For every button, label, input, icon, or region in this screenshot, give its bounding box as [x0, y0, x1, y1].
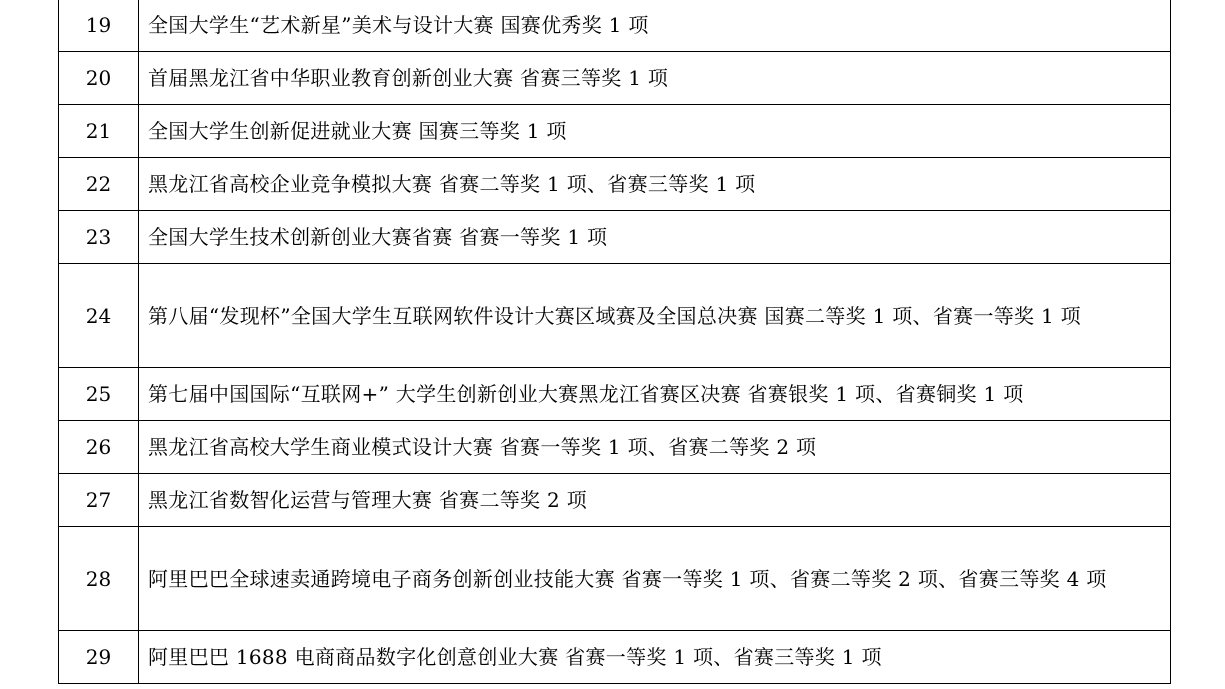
awards-table: 19 全国大学生“艺术新星”美术与设计大赛 国赛优秀奖 1 项 20 首届黑龙江…: [58, 0, 1171, 684]
row-number: 27: [59, 474, 139, 527]
table-row: 23 全国大学生技术创新创业大赛省赛 省赛一等奖 1 项: [59, 211, 1171, 264]
row-description-text: 阿里巴巴全球速卖通跨境电子商务创新创业技能大赛 省赛一等奖 1 项、省赛二等奖 …: [148, 567, 1107, 591]
row-number: 23: [59, 211, 139, 264]
row-number: 19: [59, 0, 139, 52]
row-description-text: 第八届“发现杯”全国大学生互联网软件设计大赛区域赛及全国总决赛 国赛二等奖 1 …: [148, 304, 1081, 328]
row-description: 黑龙江省数智化运营与管理大赛 省赛二等奖 2 项: [139, 474, 1171, 527]
row-description: 阿里巴巴 1688 电商商品数字化创意创业大赛 省赛一等奖 1 项、省赛三等奖 …: [139, 631, 1171, 684]
row-number: 29: [59, 631, 139, 684]
table-row: 27 黑龙江省数智化运营与管理大赛 省赛二等奖 2 项: [59, 474, 1171, 527]
table-row: 19 全国大学生“艺术新星”美术与设计大赛 国赛优秀奖 1 项: [59, 0, 1171, 52]
row-description-text: 全国大学生创新促进就业大赛 国赛三等奖 1 项: [148, 119, 567, 143]
row-description-text: 黑龙江省高校大学生商业模式设计大赛 省赛一等奖 1 项、省赛二等奖 2 项: [148, 435, 816, 459]
row-description-text: 黑龙江省高校企业竞争模拟大赛 省赛二等奖 1 项、省赛三等奖 1 项: [148, 172, 755, 196]
row-description: 全国大学生“艺术新星”美术与设计大赛 国赛优秀奖 1 项: [139, 0, 1171, 52]
row-description: 黑龙江省高校大学生商业模式设计大赛 省赛一等奖 1 项、省赛二等奖 2 项: [139, 421, 1171, 474]
table-row: 20 首届黑龙江省中华职业教育创新创业大赛 省赛三等奖 1 项: [59, 52, 1171, 105]
row-description-text: 黑龙江省数智化运营与管理大赛 省赛二等奖 2 项: [148, 488, 587, 512]
row-number: 22: [59, 158, 139, 211]
row-description: 第七届中国国际“互联网+” 大学生创新创业大赛黑龙江省赛区决赛 省赛银奖 1 项…: [139, 368, 1171, 421]
row-description-text: 阿里巴巴 1688 电商商品数字化创意创业大赛 省赛一等奖 1 项、省赛三等奖 …: [148, 645, 882, 669]
row-number: 20: [59, 52, 139, 105]
row-description: 全国大学生创新促进就业大赛 国赛三等奖 1 项: [139, 105, 1171, 158]
table-row: 29 阿里巴巴 1688 电商商品数字化创意创业大赛 省赛一等奖 1 项、省赛三…: [59, 631, 1171, 684]
table-row: 25 第七届中国国际“互联网+” 大学生创新创业大赛黑龙江省赛区决赛 省赛银奖 …: [59, 368, 1171, 421]
row-description: 阿里巴巴全球速卖通跨境电子商务创新创业技能大赛 省赛一等奖 1 项、省赛二等奖 …: [139, 527, 1171, 631]
row-description-text: 全国大学生“艺术新星”美术与设计大赛 国赛优秀奖 1 项: [148, 13, 649, 37]
row-description-text: 首届黑龙江省中华职业教育创新创业大赛 省赛三等奖 1 项: [148, 66, 668, 90]
row-number: 24: [59, 264, 139, 368]
row-description: 第八届“发现杯”全国大学生互联网软件设计大赛区域赛及全国总决赛 国赛二等奖 1 …: [139, 264, 1171, 368]
table-row: 22 黑龙江省高校企业竞争模拟大赛 省赛二等奖 1 项、省赛三等奖 1 项: [59, 158, 1171, 211]
row-number: 21: [59, 105, 139, 158]
row-description-text: 第七届中国国际“互联网+” 大学生创新创业大赛黑龙江省赛区决赛 省赛银奖 1 项…: [148, 382, 1024, 406]
row-number: 28: [59, 527, 139, 631]
row-description: 首届黑龙江省中华职业教育创新创业大赛 省赛三等奖 1 项: [139, 52, 1171, 105]
row-description: 全国大学生技术创新创业大赛省赛 省赛一等奖 1 项: [139, 211, 1171, 264]
row-description: 黑龙江省高校企业竞争模拟大赛 省赛二等奖 1 项、省赛三等奖 1 项: [139, 158, 1171, 211]
table-row: 21 全国大学生创新促进就业大赛 国赛三等奖 1 项: [59, 105, 1171, 158]
table-row: 24 第八届“发现杯”全国大学生互联网软件设计大赛区域赛及全国总决赛 国赛二等奖…: [59, 264, 1171, 368]
table-row: 26 黑龙江省高校大学生商业模式设计大赛 省赛一等奖 1 项、省赛二等奖 2 项: [59, 421, 1171, 474]
row-description-text: 全国大学生技术创新创业大赛省赛 省赛一等奖 1 项: [148, 225, 607, 249]
table-row: 28 阿里巴巴全球速卖通跨境电子商务创新创业技能大赛 省赛一等奖 1 项、省赛二…: [59, 527, 1171, 631]
row-number: 26: [59, 421, 139, 474]
row-number: 25: [59, 368, 139, 421]
